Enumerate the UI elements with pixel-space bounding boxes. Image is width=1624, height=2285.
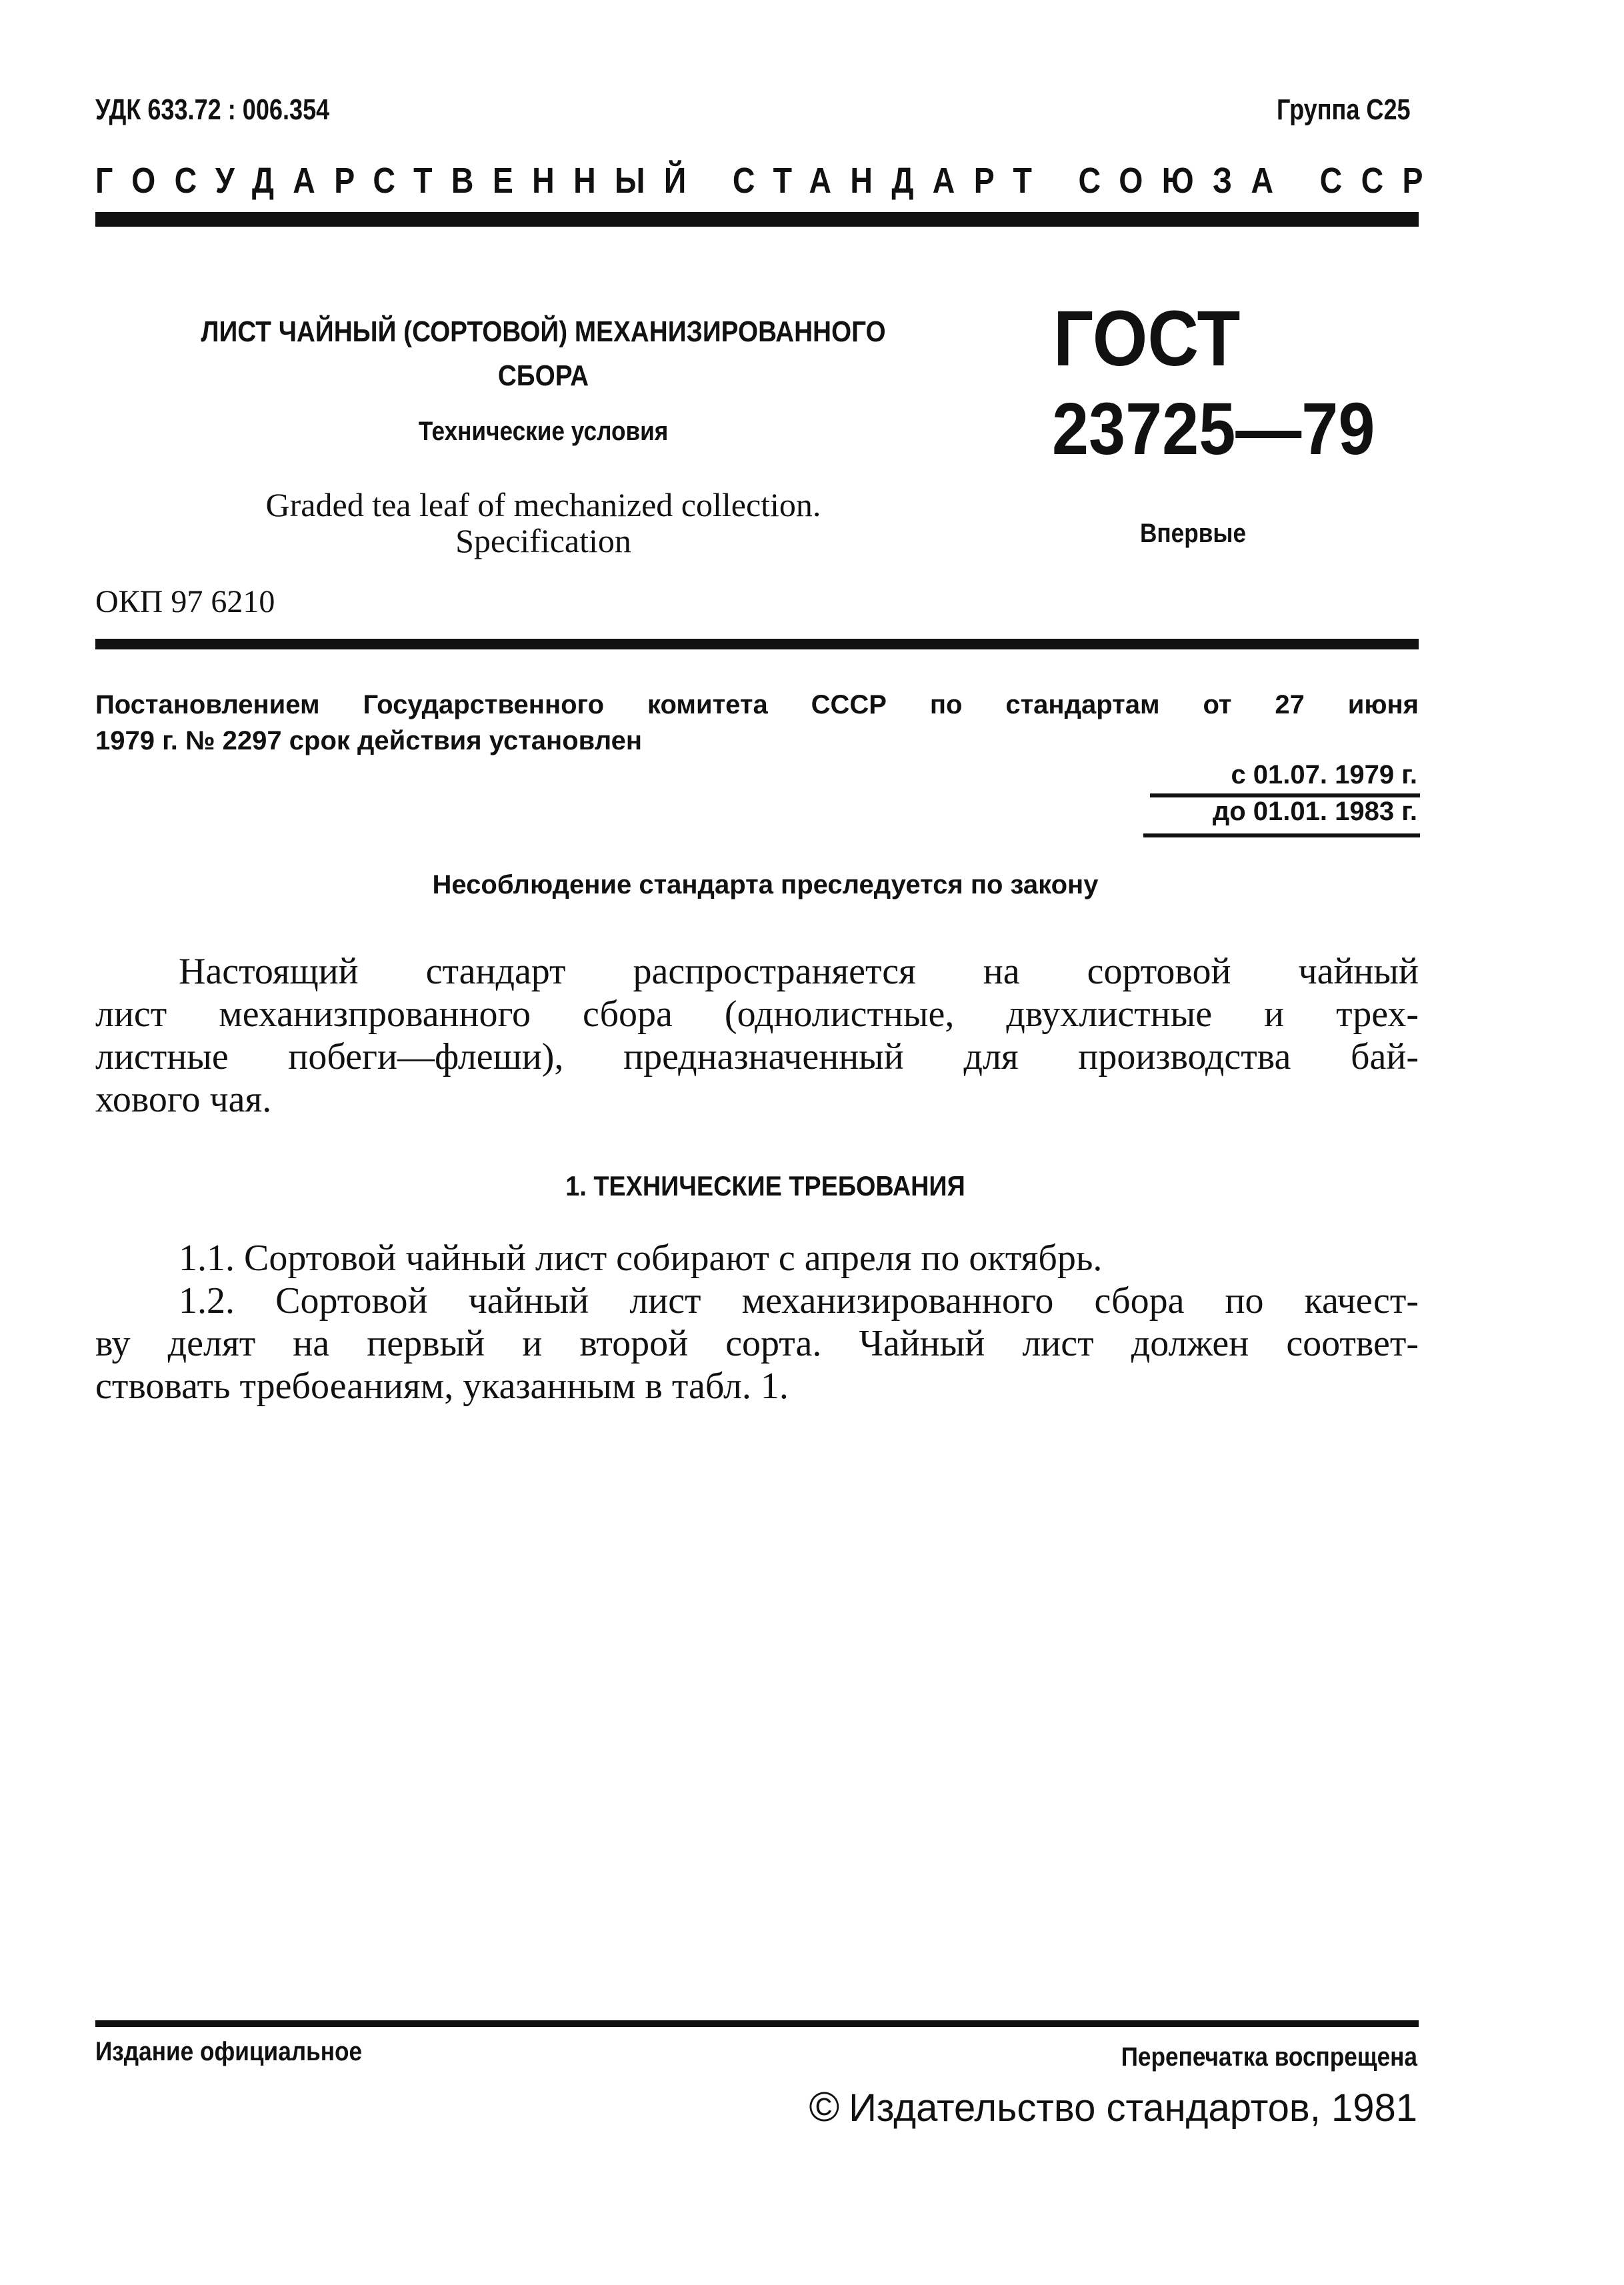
requirement-1-1: 1.1. Сортовой чайный лист собирают с апр… xyxy=(95,1237,1419,1280)
decree-line-1: Постановлением Государственного комитета… xyxy=(95,687,1419,723)
footer-divider xyxy=(95,2020,1419,2027)
title-ru-line-2: СБОРА xyxy=(153,354,933,398)
first-time-note: Впервые xyxy=(1140,519,1246,549)
official-edition-note: Издание официальное xyxy=(95,2037,362,2067)
header-divider xyxy=(95,212,1419,227)
intro-line: Настоящий стандарт распространяется на с… xyxy=(95,950,1419,993)
title-en-line-1: Graded tea leaf of mechanized collection… xyxy=(100,487,987,523)
intro-line: лист механизпрованного сбора (однолистны… xyxy=(95,993,1419,1035)
reprint-prohibited-note: Перепечатка воспрещена xyxy=(1121,2042,1417,2072)
decree-line-2: 1979 г. № 2297 срок действия установлен xyxy=(95,723,1419,759)
requirement-1-2-cont: ствовать требоеаниям, указанным в табл. … xyxy=(95,1365,1419,1408)
requirements-text: 1.1. Сортовой чайный лист собирают с апр… xyxy=(95,1237,1419,1408)
intro-paragraph: Настоящий стандарт распространяется на с… xyxy=(95,950,1419,1121)
title-en-line-2: Specification xyxy=(100,523,987,559)
law-notice: Несоблюдение стандарта преследуется по з… xyxy=(0,870,1624,900)
section-heading-text: 1. ТЕХНИЧЕСКИЕ ТРЕБОВАНИЯ xyxy=(565,1170,965,1202)
publisher-name: Издательство стандартов, 1981 xyxy=(849,2086,1417,2130)
gost-number: 23725—79 xyxy=(1052,387,1375,471)
state-standard-heading: ГОСУДАРСТВЕННЫЙ СТАНДАРТ СОЮЗА ССР xyxy=(95,160,1242,201)
law-notice-text: Несоблюдение стандарта преследуется по з… xyxy=(433,870,1099,900)
decree-text: Постановлением Государственного комитета… xyxy=(95,687,1419,759)
section-heading: 1. ТЕХНИЧЕСКИЕ ТРЕБОВАНИЯ xyxy=(0,1170,1624,1202)
requirement-1-2: 1.2. Сортовой чайный лист механизированн… xyxy=(95,1280,1419,1322)
document-page: УДК 633.72 : 006.354 Группа С25 ГОСУДАРС… xyxy=(0,0,1624,2285)
date-underline-2 xyxy=(1143,833,1420,837)
copyright-icon: © xyxy=(809,2084,840,2130)
document-title-ru: ЛИСТ ЧАЙНЫЙ (СОРТОВОЙ) МЕХАНИЗИРОВАННОГО… xyxy=(153,310,933,398)
effective-from-date: с 01.07. 1979 г. xyxy=(1231,760,1417,790)
title-divider xyxy=(95,639,1419,649)
title-block: ЛИСТ ЧАЙНЫЙ (СОРТОВОЙ) МЕХАНИЗИРОВАННОГО… xyxy=(100,310,987,559)
copyright-line: ©Издательство стандартов, 1981 xyxy=(809,2084,1417,2131)
udk-code: УДК 633.72 : 006.354 xyxy=(95,93,329,127)
requirement-1-2-cont: ву делят на первый и второй сорта. Чайны… xyxy=(95,1322,1419,1365)
document-subtitle-ru: Технические условия xyxy=(153,417,933,447)
title-ru-line-1: ЛИСТ ЧАЙНЫЙ (СОРТОВОЙ) МЕХАНИЗИРОВАННОГО xyxy=(153,310,933,354)
intro-line: хового чая. xyxy=(95,1078,1419,1121)
okp-code: ОКП 97 6210 xyxy=(95,583,275,620)
group-code: Группа С25 xyxy=(1277,93,1411,127)
intro-line: листные побеги—флеши), предназначенный д… xyxy=(95,1035,1419,1078)
document-title-en: Graded tea leaf of mechanized collection… xyxy=(100,487,987,559)
gost-label: ГОСТ xyxy=(1053,293,1240,384)
effective-to-date: до 01.01. 1983 г. xyxy=(1213,797,1417,827)
